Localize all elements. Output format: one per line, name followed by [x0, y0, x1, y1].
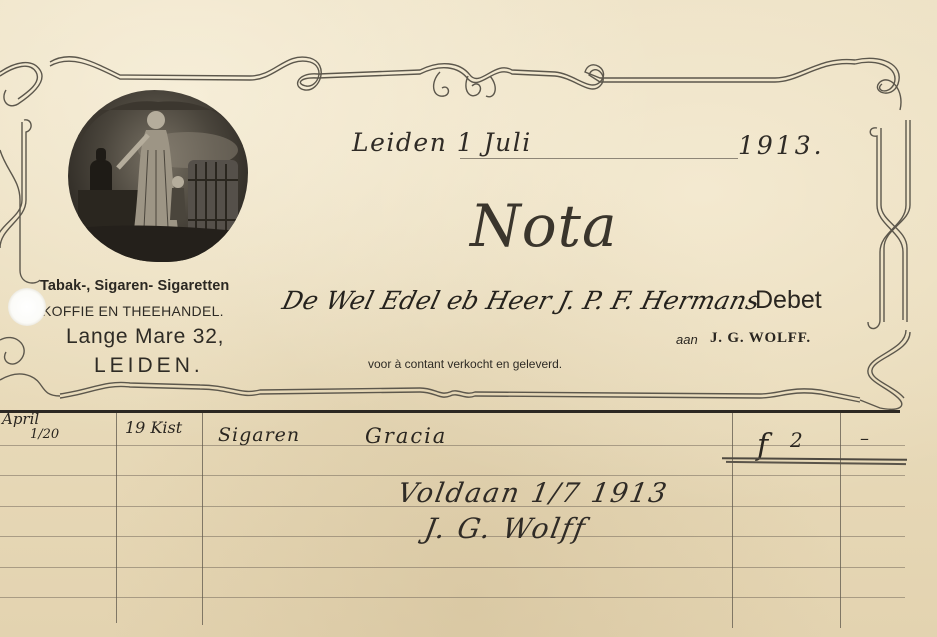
date-rule — [460, 158, 738, 159]
creditor-name: J. G. WOLFF. — [710, 330, 811, 347]
row-quantity: 19 Kist — [125, 418, 182, 437]
debet-label: Debet — [755, 286, 822, 315]
row-amount: 2 — [790, 428, 803, 452]
total-underline-double — [726, 461, 906, 465]
sale-terms: voor à contant verkocht en geleverd. — [368, 357, 562, 371]
business-line-coffee-tea: KOFFIE EN THEEHANDEL. — [42, 303, 224, 319]
row-item: Sigaren — [218, 424, 300, 446]
business-address: Lange Mare 32, — [66, 325, 224, 349]
row-cents: – — [860, 428, 869, 449]
date-year: 1913. — [738, 131, 825, 160]
creditor-prefix: aan — [676, 332, 698, 347]
row-date: April 1/20 — [2, 412, 59, 442]
business-city: LEIDEN. — [94, 354, 204, 378]
paid-note: Voldaan 1/7 1913 — [395, 478, 671, 509]
business-line-tobacco: Tabak-, Sigaren- Sigaretten — [40, 278, 229, 294]
punch-hole — [8, 288, 46, 326]
ledger-top-rule — [0, 410, 900, 413]
addressee: De Wel Edel eb Heer J. P. F. Hermans — [279, 286, 763, 315]
place-date: Leiden 1 Juli — [352, 128, 532, 157]
signature: J. G. Wolff — [422, 512, 589, 545]
row-description: Gracia — [365, 424, 447, 448]
woodcut-illustration — [68, 90, 248, 262]
document-title: Nota — [470, 192, 618, 260]
